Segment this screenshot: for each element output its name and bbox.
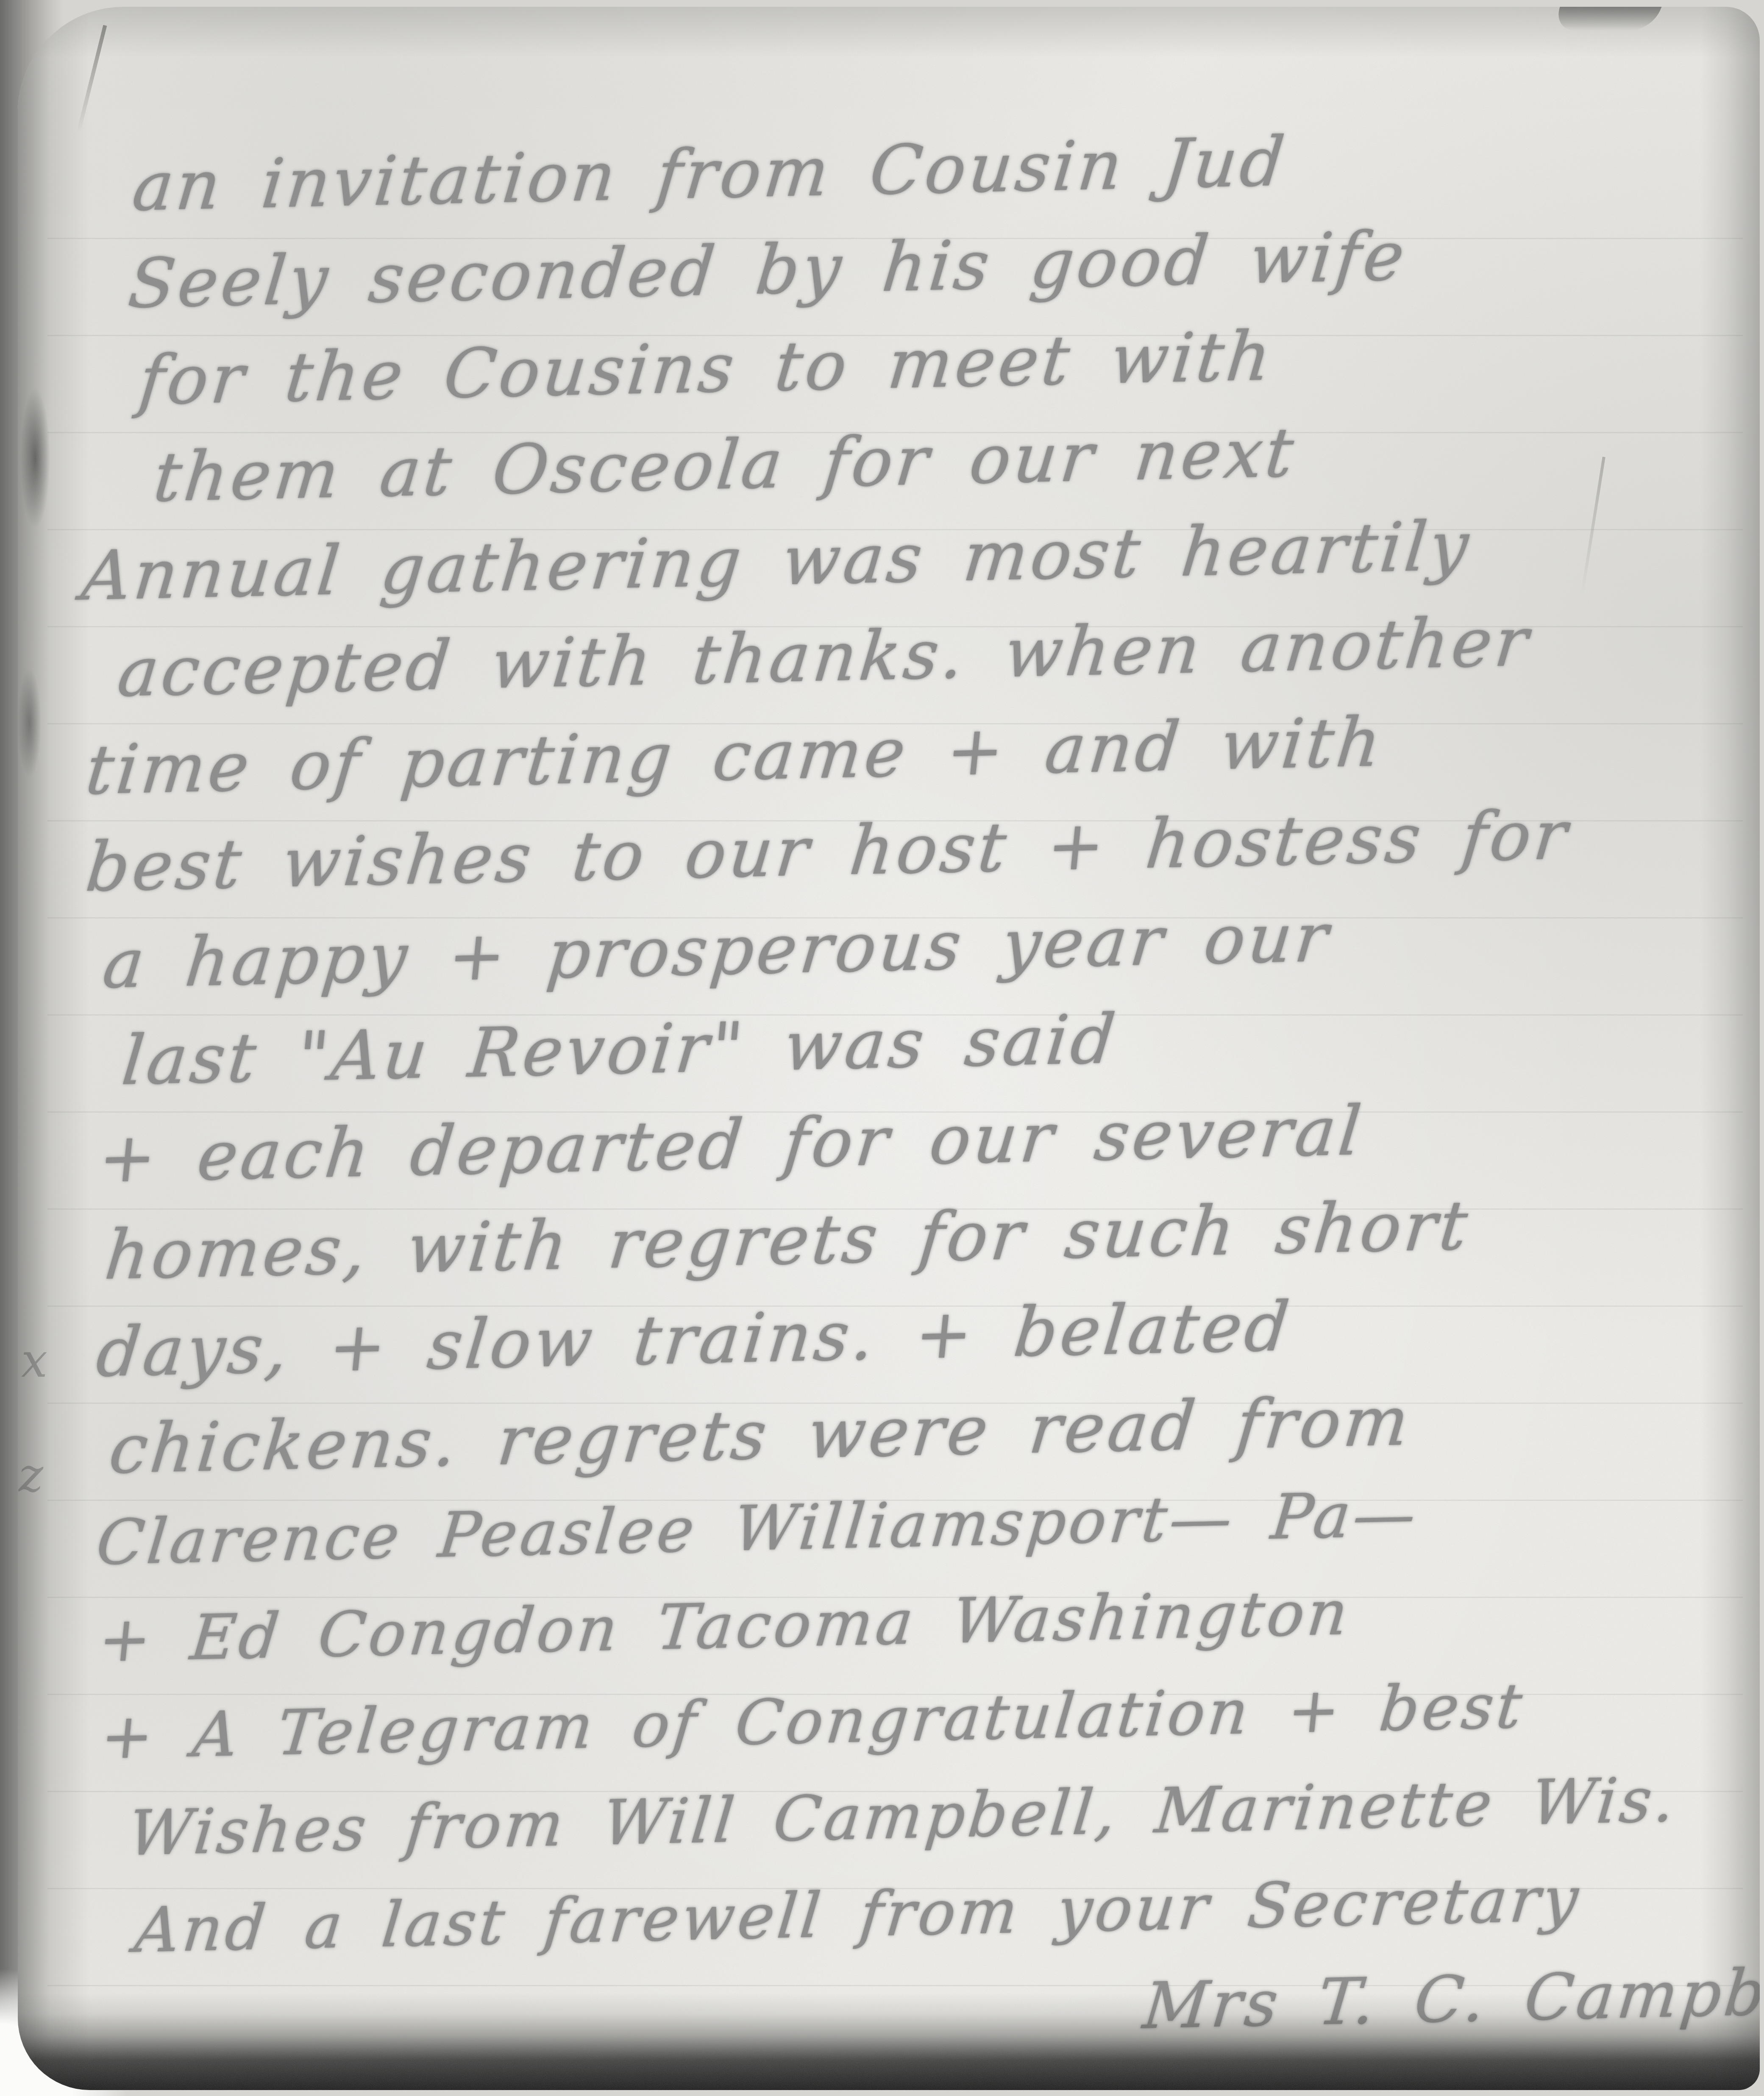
notebook-page: an invitation from Cousin Jud Seely seco…: [18, 7, 1760, 2090]
scanned-document: an invitation from Cousin Jud Seely seco…: [0, 0, 1764, 2096]
page-edge-shadow-left: [18, 7, 90, 2090]
page-edge-shadow-bottom: [18, 1993, 1760, 2090]
page-edge-shadow-right: [1700, 7, 1760, 2090]
handwritten-text-block: an invitation from Cousin Jud Seely seco…: [18, 111, 1760, 2090]
page-edge-shadow-top: [18, 7, 1760, 58]
